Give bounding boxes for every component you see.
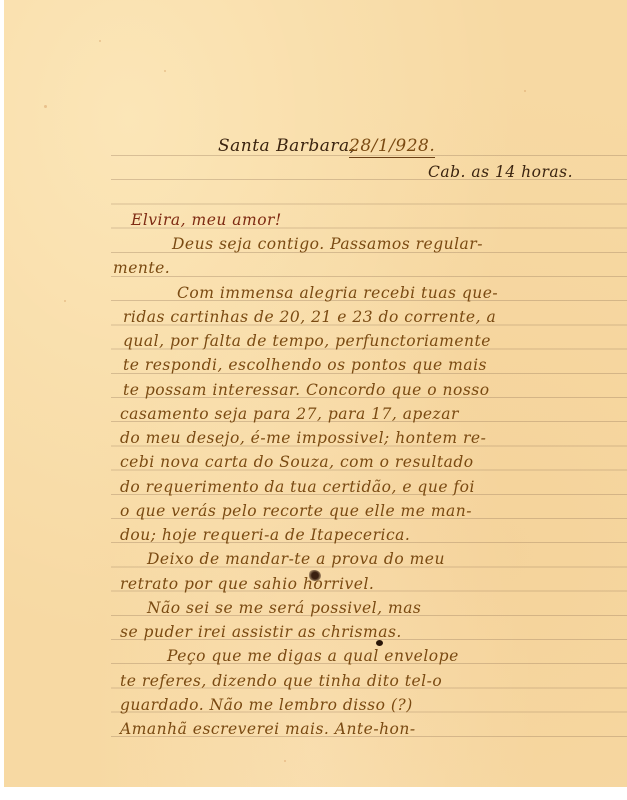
ink-blot [376,640,383,646]
letter-line: qual, por falta de tempo, perfunctoriame… [123,332,491,350]
letter-line: mente. [113,259,170,277]
paper-speck [44,105,47,108]
letter-line: Deixo de mandar-te a prova do meu [147,550,445,568]
letter-place: Santa Barbara, [218,136,356,156]
letter-line: casamento seja para 27, para 17, apezar [120,405,459,423]
paper-speck [164,70,166,72]
paper-speck [284,760,286,762]
date-text: 28/1/928. [349,136,435,158]
letter-line: do requerimento da tua certidão, e que f… [120,478,475,496]
letter-line: ridas cartinhas de 20, 21 e 23 do corren… [123,308,496,326]
ink-blot [309,570,321,581]
letter-line: Deus seja contigo. Passamos regular- [172,235,483,253]
letter-salutation: Elvira, meu amor! [131,211,282,229]
letter-line: te possam interessar. Concordo que o nos… [123,381,490,399]
letter-paper: Santa Barbara, 28/1/928. Cab. as 14 hora… [4,0,627,787]
letter-line: dou; hoje requeri-a de Itapecerica. [120,526,410,544]
letter-line: te respondi, escolhendo os pontos que ma… [123,356,487,374]
letter-line: retrato por que sahio horrivel. [120,575,374,593]
letter-line: se puder irei assistir as chrismas. [120,623,402,641]
letter-line: Não sei se me será possivel, mas [147,599,421,617]
paper-speck [64,300,66,302]
letter-line: Amanhã escreverei mais. Ante-hon- [120,720,416,738]
letter-line: guardado. Não me lembro disso (?) [120,696,413,714]
letter-line: o que verás pelo recorte que elle me man… [120,502,472,520]
letter-time: Cab. as 14 horas. [428,163,573,181]
letter-line: cebi nova carta do Souza, com o resultad… [120,453,474,471]
letter-line: Peço que me digas a qual envelope [167,647,459,665]
paper-speck [99,40,101,42]
letter-line: do meu desejo, é-me impossivel; hontem r… [120,429,486,447]
letter-line: Com immensa alegria recebi tuas que- [177,284,498,302]
letter-date: 28/1/928. [349,136,435,156]
letter-line: te referes, dizendo que tinha dito tel-o [120,672,442,690]
paper-speck [524,90,526,92]
